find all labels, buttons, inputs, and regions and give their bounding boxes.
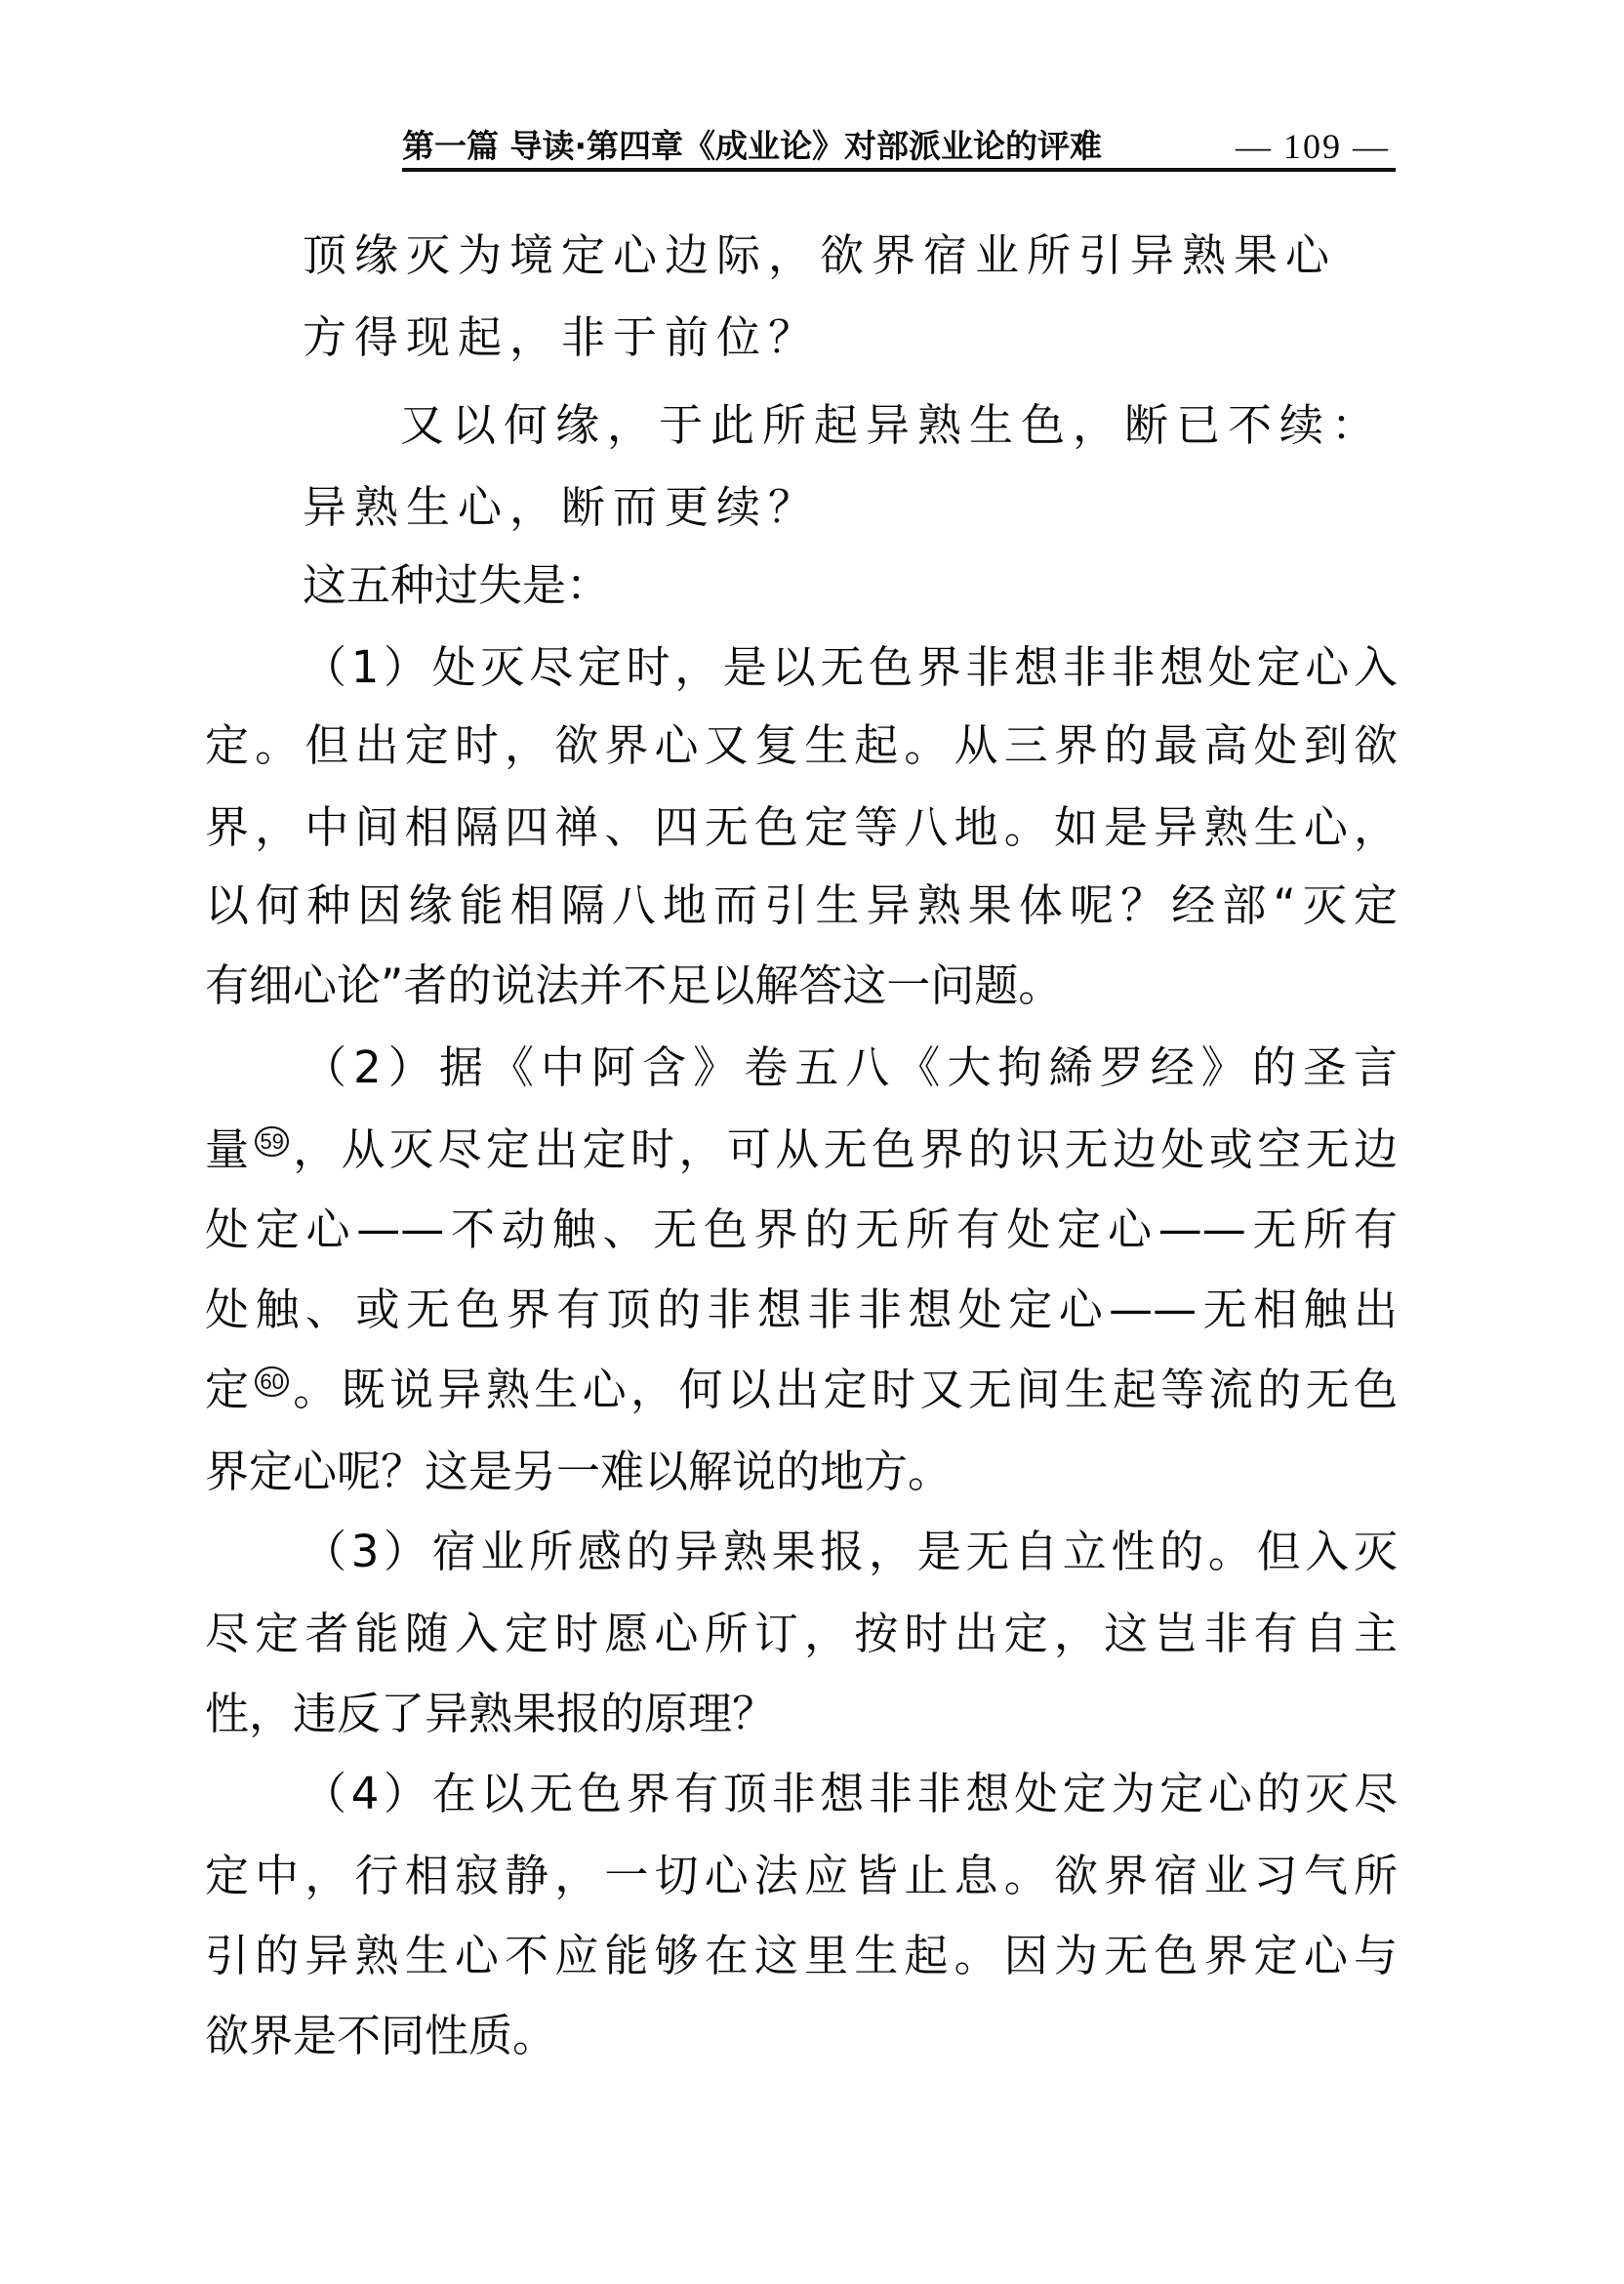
line-text: 量 <box>205 1123 253 1175</box>
line-text: （2）据《中阿含》卷五八《大拘絺罗经》的圣言 <box>303 1041 1398 1093</box>
text-line: 定60。既说异熟生心，何以出定时又无间生起等流的无色 <box>205 1361 1398 1419</box>
line-text: 定 <box>205 1364 253 1415</box>
line-text: 方得现起，非于前位？ <box>303 311 820 363</box>
line-text: 欲界是不同性质。 <box>205 2010 556 2061</box>
text-line: 性，违反了异熟果报的原理？ <box>205 1685 776 1743</box>
text-line: 欲界是不同性质。 <box>205 2007 556 2065</box>
text-line: 尽定者能随入定时愿心所订，按时出定，这岂非有自主 <box>205 1605 1398 1663</box>
text-line: 引的异熟生心不应能够在这里生起。因为无色界定心与 <box>205 1927 1398 1985</box>
text-line: 以何种因缘能相隔八地而引生异熟果体呢？经部“灭定 <box>205 877 1398 935</box>
line-text: 界定心呢？这是另一难以解说的地方。 <box>205 1446 952 1497</box>
line-text: 定。但出定时，欲界心又复生起。从三界的最高处到欲 <box>205 719 1398 771</box>
line-text: （3）宿业所感的异熟果报，是无自立性的。但入灭 <box>303 1526 1398 1577</box>
line-text: 引的异熟生心不应能够在这里生起。因为无色界定心与 <box>205 1930 1398 1981</box>
text-line: 这五种过失是： <box>303 556 610 615</box>
line-text: 这五种过失是： <box>303 559 610 611</box>
text-line: 定中，行相寂静，一切心法应皆止息。欲界宿业习气所 <box>205 1847 1398 1905</box>
line-text: 顶缘灭为境定心边际，欲界宿业所引异熟果心 <box>303 229 1337 281</box>
footnote-marker[interactable]: 60 <box>255 1366 288 1397</box>
line-text: 处定心——不动触、无色界的无所有处定心——无所有 <box>205 1203 1398 1255</box>
line-text-continued: 。既说异熟生心，何以出定时又无间生起等流的无色 <box>289 1364 1398 1415</box>
line-text: 又以何缘，于此所起异熟生色，断已不续： <box>400 399 1383 451</box>
text-line: 处定心——不动触、无色界的无所有处定心——无所有 <box>205 1201 1398 1259</box>
text-line: 处触、或无色界有顶的非想非非想处定心——无相触出 <box>205 1281 1398 1339</box>
line-text: 以何种因缘能相隔八地而引生异熟果体呢？经部“灭定 <box>205 879 1398 931</box>
line-text: （1）处灭尽定时，是以无色界非想非非想处定心入 <box>303 641 1398 693</box>
page-number: — 109 — <box>1236 125 1396 168</box>
line-text: 处触、或无色界有顶的非想非非想处定心——无相触出 <box>205 1284 1398 1335</box>
text-line: （1）处灭尽定时，是以无色界非想非非想处定心入 <box>303 638 1398 697</box>
line-text: 性，违反了异熟果报的原理？ <box>205 1688 776 1739</box>
text-line: 顶缘灭为境定心边际，欲界宿业所引异熟果心 <box>303 226 1337 285</box>
text-line: 异熟生心，断而更续？ <box>303 478 820 537</box>
text-line: 定。但出定时，欲界心又复生起。从三界的最高处到欲 <box>205 716 1398 775</box>
text-line: 量59，从灭尽定出定时，可从无色界的识无边处或空无边 <box>205 1121 1398 1179</box>
line-text: 界，中间相隔四禅、四无色定等八地。如是异熟生心， <box>205 801 1398 853</box>
text-line: （2）据《中阿含》卷五八《大拘絺罗经》的圣言 <box>303 1039 1398 1097</box>
footnote-marker[interactable]: 59 <box>255 1126 288 1157</box>
text-line: （4）在以无色界有顶非想非非想处定为定心的灭尽 <box>303 1765 1398 1823</box>
header-title: 第一篇 导读·第四章《成业论》对部派业论的评难 <box>402 125 1102 168</box>
text-line: （3）宿业所感的异熟果报，是无自立性的。但入灭 <box>303 1523 1398 1581</box>
text-line: 方得现起，非于前位？ <box>303 308 820 367</box>
line-text: 尽定者能随入定时愿心所订，按时出定，这岂非有自主 <box>205 1608 1398 1659</box>
text-line: 界，中间相隔四禅、四无色定等八地。如是异熟生心， <box>205 798 1398 857</box>
line-text-continued: ，从灭尽定出定时，可从无色界的识无边处或空无边 <box>289 1123 1398 1175</box>
running-header: 第一篇 导读·第四章《成业论》对部派业论的评难 — 109 — <box>402 125 1396 172</box>
text-line: 又以何缘，于此所起异熟生色，断已不续： <box>400 396 1383 455</box>
line-text: 定中，行相寂静，一切心法应皆止息。欲界宿业习气所 <box>205 1850 1398 1901</box>
text-line: 有细心论”者的说法并不足以解答这一问题。 <box>205 957 1062 1015</box>
line-text: 有细心论”者的说法并不足以解答这一问题。 <box>205 959 1062 1011</box>
line-text: （4）在以无色界有顶非想非非想处定为定心的灭尽 <box>303 1768 1398 1819</box>
line-text: 异熟生心，断而更续？ <box>303 481 820 533</box>
text-line: 界定心呢？这是另一难以解说的地方。 <box>205 1443 952 1501</box>
